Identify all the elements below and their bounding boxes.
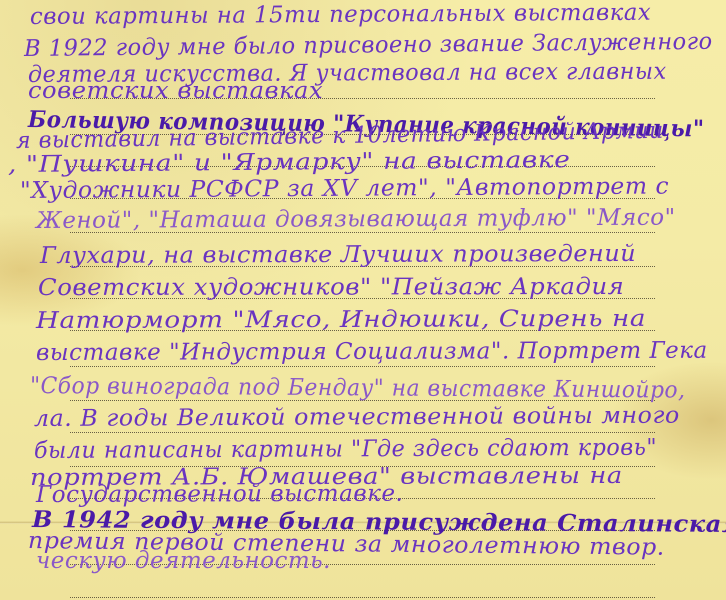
handwritten-line: "Сбор винограда под Бендау" на выставке … <box>30 373 686 404</box>
handwritten-line: выставке "Индустрия Социализма". Портрет… <box>36 338 708 366</box>
ruled-line <box>70 366 655 367</box>
document-page: свои картины на 15ти персональных выстав… <box>0 0 726 600</box>
handwritten-line: свои картины на 15ти персональных выстав… <box>30 0 651 30</box>
handwritten-line: ла. В годы Великой отечественной войны м… <box>34 403 680 432</box>
ruled-line <box>70 597 655 598</box>
handwritten-line: были написаны картины "Где здесь сдают к… <box>34 435 657 464</box>
ruled-line <box>70 432 655 433</box>
handwritten-line: Советских художников" "Пейзаж Аркадия <box>38 274 624 301</box>
handwritten-line: "Художники РСФСР за XV лет", "Автопортре… <box>20 173 669 204</box>
handwritten-line: Натюрморт "Мясо, Индюшки, Сирень на <box>36 306 646 334</box>
handwritten-line: Женой", "Наташа довязывающая туфлю" "Мяс… <box>36 205 676 234</box>
handwritten-line: Глухари, на выставке Лучших произведений <box>40 241 636 269</box>
handwritten-line: ческую деятельность. <box>36 548 331 574</box>
handwritten-line: , "Пушкина" и "Ярмарку" на выставке <box>8 147 571 178</box>
handwritten-line: советских выставках <box>28 78 323 104</box>
handwritten-line: В 1922 году мне было присвоено звание За… <box>24 29 713 62</box>
handwritten-line: Государственной выставке. <box>36 481 403 508</box>
